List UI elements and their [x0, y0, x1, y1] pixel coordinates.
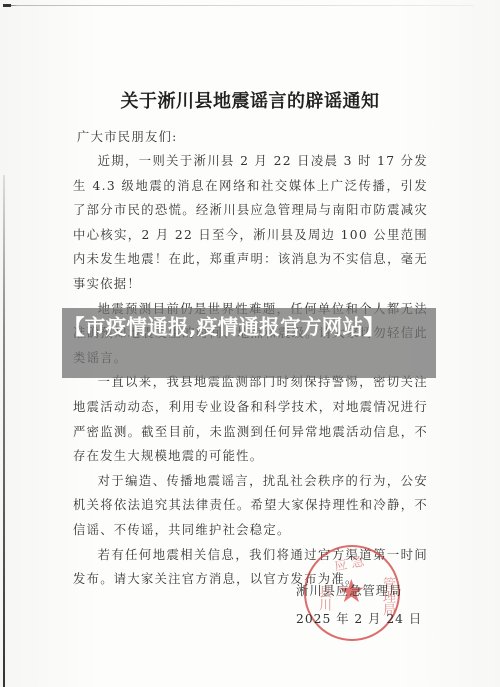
document-title: 关于淅川县地震谣言的辟谣通知 [0, 87, 500, 113]
left-border-line [3, 175, 5, 687]
salutation: 广大市民朋友们: [77, 127, 178, 145]
signature-block: 淅川县应急管理局 2025 年 2 月 24 日 [296, 577, 422, 633]
caption-overlay-text: 【市疫情通报,疫情通报官方网站】 [64, 312, 436, 342]
paragraph-3: 一直以来，我县地震监测部门时刻保持警惕，密切关注地震活动动态，利用专业设备和科学… [73, 370, 428, 468]
paragraph-4: 对于编造、传播地震谣言，扰乱社会秩序的行为，公安机关将依法追究其法律责任。希望大… [73, 469, 428, 543]
issuer-name: 淅川县应急管理局 [296, 577, 422, 605]
seal-arc-text: 应 急 [333, 551, 366, 575]
issue-date: 2025 年 2 月 24 日 [296, 605, 422, 633]
paragraph-1: 近期，一则关于淅川县 2 月 22 日凌晨 3 时 17 分发生 4.3 级地震… [73, 149, 428, 297]
caption-overlay-banner: 【市疫情通报,疫情通报官方网站】 [62, 308, 436, 378]
top-border-line [4, 5, 474, 6]
corner-mark [3, 4, 11, 7]
